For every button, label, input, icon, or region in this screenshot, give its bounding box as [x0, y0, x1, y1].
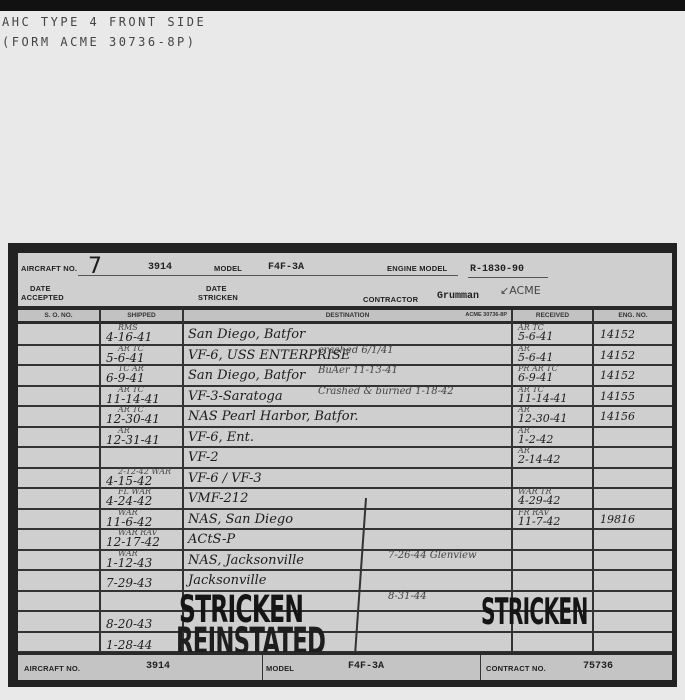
cell-eng-no: 14152 — [600, 369, 635, 382]
date-stricken-label-2: STRICKEN — [198, 293, 238, 302]
cell-destination: San Diego, Batfor — [188, 368, 305, 383]
col-header-so-no: S. O. NO. — [18, 310, 99, 321]
form-code: ACME 30736-8P — [465, 310, 507, 321]
cell-received: 6-9-41 — [518, 371, 553, 384]
col-header-destination: DESTINATION ACME 30736-8P — [184, 310, 511, 321]
col-header-received: RECEIVED — [513, 310, 592, 321]
card-footer: AIRCRAFT NO. 3914 MODEL F4F-3A CONTRACT … — [18, 655, 672, 680]
cell-eng-no: 14152 — [600, 349, 635, 362]
engine-underline — [468, 277, 548, 278]
cell-shipped: 8-20-43 — [106, 617, 152, 631]
cell-destination: NAS, San Diego — [188, 512, 293, 527]
cell-shipped: 11-6-42 — [106, 515, 152, 529]
cell-remark: BuAer 11-13-41 — [318, 365, 398, 376]
cell-received: 5-6-41 — [518, 351, 553, 364]
cell-destination: VMF-212 — [188, 491, 248, 506]
cell-received: 12-30-41 — [518, 412, 567, 425]
cell-remark: crashed 6/1/41 — [318, 345, 394, 356]
contractor-note: ↙ACME — [500, 284, 541, 297]
column-header-divider — [18, 321, 672, 324]
footer-aircraft-no-label: AIRCRAFT NO. — [24, 664, 80, 673]
cell-shipped: 4-16-41 — [106, 330, 152, 344]
aircraft-history-card: AIRCRAFT NO. 7 3914 MODEL F4F-3A ENGINE … — [8, 243, 677, 687]
cell-eng-no: 14156 — [600, 410, 635, 423]
annotation-line-2: (FORM ACME 30736-8P) — [2, 35, 197, 49]
cell-destination: NAS Pearl Harbor, Batfor. — [188, 409, 359, 424]
footer-divider-2 — [480, 655, 481, 680]
date-accepted-label-2: ACCEPTED — [21, 293, 64, 302]
footer-model-label: MODEL — [266, 664, 294, 673]
cell-remark: Crashed & burned 1-18-42 — [318, 386, 454, 397]
footer-contract-no: 75736 — [583, 661, 613, 672]
cell-shipped: 12-17-42 — [106, 535, 160, 549]
col-header-shipped: SHIPPED — [101, 310, 182, 321]
cell-shipped: 1-12-43 — [106, 556, 152, 570]
cell-shipped: 7-29-43 — [106, 576, 152, 590]
contractor-label: CONTRACTOR — [363, 295, 418, 304]
header-underline — [78, 275, 458, 276]
cell-shipped: 4-15-42 — [106, 474, 152, 488]
handdrawn-divider — [354, 498, 367, 658]
scan-top-edge — [0, 0, 685, 11]
cell-received: 2-14-42 — [518, 453, 560, 466]
cell-remark: 8-31-44 — [388, 591, 427, 602]
cell-received: 5-6-41 — [518, 330, 553, 343]
cell-shipped: 12-30-41 — [106, 412, 160, 426]
annotation-line-1: AHC TYPE 4 FRONT SIDE — [2, 15, 206, 29]
footer-contract-no-label: CONTRACT NO. — [486, 664, 546, 673]
date-stricken-label-1: DATE — [206, 284, 227, 293]
cell-received: 4-29-42 — [518, 494, 560, 507]
aircraft-no-label: AIRCRAFT NO. — [21, 264, 77, 273]
date-accepted-label-1: DATE — [30, 284, 51, 293]
cell-received: 1-2-42 — [518, 433, 553, 446]
footer-divider — [18, 652, 672, 655]
engine-model-label: ENGINE MODEL — [387, 264, 447, 273]
cell-received: 11-14-41 — [518, 392, 567, 405]
row-line — [18, 467, 672, 469]
cell-shipped: 1-28-44 — [106, 638, 152, 652]
stamp-stricken-2: STRICKEN — [481, 590, 588, 633]
cell-destination: NAS, Jacksonville — [188, 553, 304, 568]
destination-label: DESTINATION — [326, 312, 370, 319]
col-header-eng-no: ENG. NO. — [594, 310, 672, 321]
cell-shipped: 11-14-41 — [106, 392, 160, 406]
footer-aircraft-no: 3914 — [146, 661, 170, 672]
footer-divider-1 — [262, 655, 263, 680]
cell-shipped: 4-24-42 — [106, 494, 152, 508]
cell-destination: VF-3-Saratoga — [188, 389, 283, 404]
cell-destination: San Diego, Batfor — [188, 327, 305, 342]
cell-shipped: 6-9-41 — [106, 371, 145, 385]
cell-eng-no: 14152 — [600, 328, 635, 341]
aircraft-no-value: 3914 — [148, 262, 172, 273]
card-panel: AIRCRAFT NO. 7 3914 MODEL F4F-3A ENGINE … — [18, 253, 672, 680]
cell-destination: ACtS-P — [188, 532, 235, 547]
engine-model-value: R-1830-90 — [470, 264, 524, 275]
cell-remark: 7-26-44 Glenview — [388, 550, 477, 561]
column-divider — [99, 310, 101, 652]
column-divider — [592, 310, 594, 652]
cell-destination: VF-6, Ent. — [188, 430, 254, 445]
cell-eng-no: 19816 — [600, 513, 635, 526]
cell-destination: VF-6 / VF-3 — [188, 471, 262, 486]
contractor-value: Grumman — [437, 291, 479, 302]
model-label: MODEL — [214, 264, 242, 273]
cell-received: 11-7-42 — [518, 515, 560, 528]
footer-model: F4F-3A — [348, 661, 384, 672]
cell-destination: VF-2 — [188, 450, 219, 465]
cell-destination: Jacksonville — [188, 573, 267, 588]
cell-shipped: 5-6-41 — [106, 351, 145, 365]
cell-shipped: 12-31-41 — [106, 433, 160, 447]
model-value: F4F-3A — [268, 262, 304, 273]
cell-eng-no: 14155 — [600, 390, 635, 403]
